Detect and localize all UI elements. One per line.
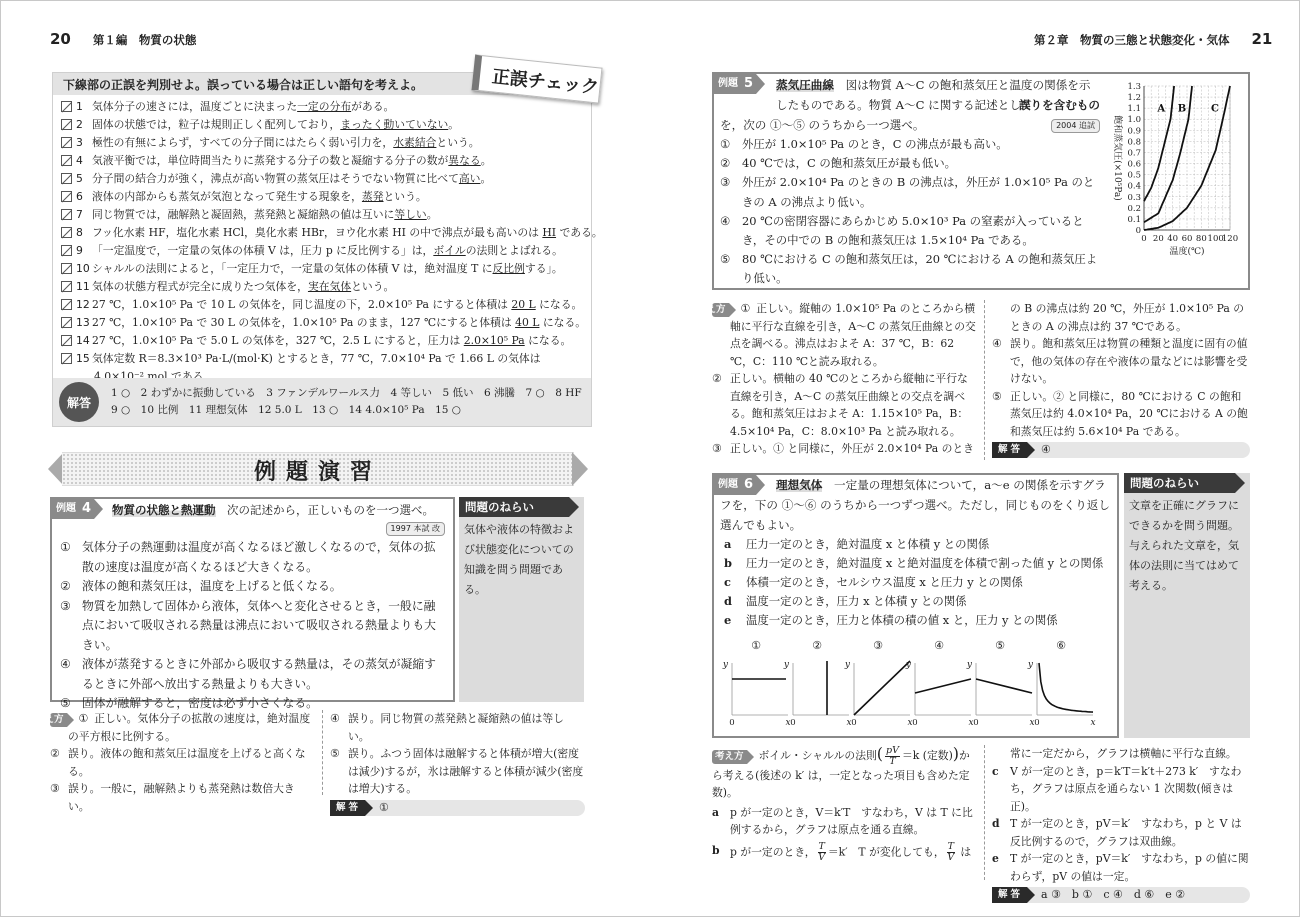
svg-text:1.3: 1.3 xyxy=(1127,82,1141,92)
svg-text:y: y xyxy=(722,660,729,670)
underlined-term: 蒸発 xyxy=(362,190,384,203)
example-6-title: 理想気体 xyxy=(776,478,822,492)
svg-text:y: y xyxy=(1027,660,1034,670)
example-4-choices: ①気体分子の熱運動は温度が高くなるほど激しくなるので，気体の拡散の速度は温度が高… xyxy=(52,538,453,714)
svg-text:0: 0 xyxy=(1136,226,1141,236)
svg-text:x: x xyxy=(1090,718,1095,728)
choice-item: ③物質を加熱して固体から液体，気体へと変化させるとき，一般に融点において吸収され… xyxy=(60,597,447,656)
check-item-text: 気体分子の速さには，温度ごとに決まった一定の分布がある。 xyxy=(92,98,394,116)
check-item-text: 極性の有無によらず，すべての分子間にはたらく弱い引力を，水素結合という。 xyxy=(92,134,480,152)
underlined-term: 40 L xyxy=(515,316,539,329)
svg-text:0.4: 0.4 xyxy=(1127,182,1141,192)
explanation-item: ④誤り。同じ物質の蒸発熱と凝縮熱の値は等しい。 xyxy=(330,710,585,745)
svg-text:0: 0 xyxy=(851,718,856,728)
example-6-answer-value: a ③ b ① c ④ d ⑥ e ② xyxy=(1041,886,1185,904)
svg-text:y: y xyxy=(844,660,851,670)
choice-item: ④20 ℃の密閉容器にあらかじめ 5.0×10³ Pa の窒素が入っているとき，… xyxy=(720,212,1100,250)
example-6-answer: 解答 a ③ b ① c ④ d ⑥ e ② xyxy=(992,887,1250,903)
example-6-explanation-cont: 常に一定だから，グラフは横軸に平行な直線。 xyxy=(992,745,1250,763)
choice-item: ②40 ℃では，C の飽和蒸気圧が最も低い。 xyxy=(720,154,1100,173)
example-6-aim-box: 問題のねらい 文章を正確にグラフにできるかを問う問題。与えられた文章を，気体の法… xyxy=(1124,473,1250,738)
check-item-text: 気液平衡では，単位時間当たりに蒸発する分子の数と凝縮する分子の数が異なる。 xyxy=(92,152,491,170)
left-page-header: 20 第１編 物質の状態 xyxy=(50,30,196,48)
svg-text:①: ① xyxy=(751,639,761,652)
aim-text: 文章を正確にグラフにできるかを問う問題。与えられた文章を，気体の法則に当てはめて… xyxy=(1124,493,1250,596)
underlined-term: HI xyxy=(542,226,556,239)
seigo-answer-bar: 解答 1 ○ 2 わずかに振動している 3 ファンデルワールス力 4 等しい 5… xyxy=(53,378,591,426)
checkbox-icon[interactable] xyxy=(61,245,72,256)
svg-text:0.8: 0.8 xyxy=(1127,137,1141,147)
example-5-box: 例題5 蒸気圧曲線 図は物質 A～C の飽和蒸気圧と温度の関係を示したものである… xyxy=(712,72,1250,290)
check-item: 15気体定数 R＝8.3×10³ Pa·L/(mol·K) とするとき，77 ℃… xyxy=(61,350,591,368)
check-item-text: 分子間の結合力が強く，沸点が高い物質の蒸気圧はそうでない物質に比べて高い。 xyxy=(92,170,491,188)
svg-text:②: ② xyxy=(812,639,822,652)
check-item: 7同じ物質では，融解熱と凝固熱，蒸発熱と凝縮熱の値は互いに等しい。 xyxy=(61,206,591,224)
explanation-item: cV が一定のとき，p＝k′T＝k′t＋273 k′ すなわち，グラフは原点を通… xyxy=(992,763,1250,816)
check-item: 1327 ℃，1.0×10⁵ Pa で 30 L の気体を，1.0×10⁵ Pa… xyxy=(61,314,591,332)
underlined-term: 等しい xyxy=(394,208,426,221)
check-item: 6液体の内部からも蒸気が気泡となって発生する現象を，蒸発という。 xyxy=(61,188,591,206)
checkbox-icon[interactable] xyxy=(61,335,72,346)
checkbox-icon[interactable] xyxy=(61,155,72,166)
explanation-item: ③誤り。一般に，融解熱よりも蒸発熱は数倍大きい。 xyxy=(50,780,315,815)
check-item-text: 「一定温度で，一定量の気体の体積 V は，圧力 p に反比例する」は，ボイルの法… xyxy=(92,242,563,260)
underlined-term: 実在気体 xyxy=(308,280,351,293)
check-item-text: 液体の内部からも蒸気が気泡となって発生する現象を，蒸発という。 xyxy=(92,188,427,206)
explanation-item: ⑤誤り。ふつう固体は融解すると体積が増大(密度は減少)するが，氷は融解すると体積… xyxy=(330,745,585,798)
check-item: 11気体の状態方程式が完全に成りたつ気体を，実在気体という。 xyxy=(61,278,591,296)
example-4-aim-box: 問題のねらい 気体や液体の特徴および状態変化についての知識を問う問題である。 xyxy=(459,497,584,702)
svg-text:20: 20 xyxy=(1153,234,1164,244)
svg-text:③: ③ xyxy=(873,639,883,652)
svg-text:40: 40 xyxy=(1167,234,1178,244)
page-number-right: 21 xyxy=(1252,30,1273,48)
example-5-answer: 解答 ④ xyxy=(992,442,1250,458)
svg-text:120: 120 xyxy=(1222,234,1238,244)
relation-item: c体積一定のとき，セルシウス温度 x と圧力 y との関係 xyxy=(724,573,1111,592)
svg-text:y: y xyxy=(966,660,973,670)
svg-text:0: 0 xyxy=(1034,718,1039,728)
check-item: 4気液平衡では，単位時間当たりに蒸発する分子の数と凝縮する分子の数が異なる。 xyxy=(61,152,591,170)
relation-item: e温度一定のとき，圧力と体積の積の値 x と，圧力 y との関係 xyxy=(724,611,1111,630)
svg-text:飽和蒸気圧(×10⁵Pa): 飽和蒸気圧(×10⁵Pa) xyxy=(1112,115,1124,201)
explanation-item: ②正しい。横軸の 40 ℃のところから縦軸に平行な直線を引き，A～C の蒸気圧曲… xyxy=(712,370,976,440)
kangaekata-tag: 考え方 xyxy=(712,303,729,317)
vapor-pressure-chart: 00.10.20.30.40.50.60.70.80.91.01.11.21.3… xyxy=(1102,76,1248,286)
checkbox-icon[interactable] xyxy=(61,353,72,364)
checkbox-icon[interactable] xyxy=(61,137,72,148)
svg-text:0.5: 0.5 xyxy=(1127,171,1141,181)
explanation-item: dT が一定のとき，pV＝k′ すなわち，p と V は反比例するので，グラフは… xyxy=(992,815,1250,850)
right-page-header: 第２章 物質の三態と状態変化・気体 21 xyxy=(1034,30,1272,48)
check-item-text: 27 ℃，1.0×10⁵ Pa で 30 L の気体を，1.0×10⁵ Pa の… xyxy=(92,314,586,332)
checkbox-icon[interactable] xyxy=(61,209,72,220)
choice-item: ④液体が蒸発するときに外部から吸収する熱量は，その蒸気が凝縮するときに外部へ放出… xyxy=(60,655,447,694)
page-number-left: 20 xyxy=(50,30,71,48)
svg-text:y: y xyxy=(905,660,912,670)
explanation-item: ③正しい。① と同様に，外圧が 2.0×10⁴ Pa のとき xyxy=(712,440,976,458)
checkbox-icon[interactable] xyxy=(61,281,72,292)
svg-text:60: 60 xyxy=(1182,234,1193,244)
example-5-explanation-cont: の B の沸点は約 20 ℃，外圧が 1.0×10⁵ Pa のときの A の沸点… xyxy=(992,300,1250,335)
checkbox-icon[interactable] xyxy=(61,101,72,112)
underlined-term: 高い xyxy=(459,172,481,185)
checkbox-icon[interactable] xyxy=(61,119,72,130)
section-title-right: 第２章 物質の三態と状態変化・気体 xyxy=(1034,32,1230,48)
example-4-box: 例題4 物質の状態と熱運動 次の記述から，正しいものを一つ選べ。 1997 本試… xyxy=(50,497,455,702)
svg-text:B: B xyxy=(1178,103,1186,114)
example-5-source-badge: 2004 追試 xyxy=(1051,119,1100,133)
checkbox-icon[interactable] xyxy=(61,173,72,184)
check-item-text: 固体の状態では，粒子は規則正しく配列しており，まったく動いていない。 xyxy=(92,116,459,134)
example-4-label: 例題4 xyxy=(52,499,94,519)
example-4-answer-value: ① xyxy=(379,799,389,817)
choice-item: ③外圧が 2.0×10⁴ Pa のときの B の沸点は，外圧が 1.0×10⁵ … xyxy=(720,173,1100,211)
underlined-term: ボイル xyxy=(433,244,465,257)
example-5-title: 蒸気圧曲線 xyxy=(776,78,834,92)
banner-title: 例題演習 xyxy=(48,455,588,486)
underlined-term: 20 L xyxy=(511,298,535,311)
svg-text:1.0: 1.0 xyxy=(1127,115,1141,125)
svg-text:0.1: 0.1 xyxy=(1127,215,1141,225)
svg-text:0.6: 0.6 xyxy=(1127,160,1141,170)
explanation-item: 考え方①正しい。気体分子の拡散の速度は，絶対温度の平方根に比例する。 xyxy=(50,710,315,745)
example-5-choices: ①外圧が 1.0×10⁵ Pa のとき，C の沸点が最も高い。②40 ℃では，C… xyxy=(720,135,1100,289)
aim-title: 問題のねらい xyxy=(1124,473,1235,493)
example-6-explanation-a: a p が一定のとき，V＝k′T すなわち，V は T に比例するから，グラフは… xyxy=(712,804,976,839)
checkbox-icon[interactable] xyxy=(61,227,72,238)
example-6-graphs: ①yx0②yx0③yx0④yx0⑤yx0⑥yx0 xyxy=(718,635,1114,735)
svg-text:1.2: 1.2 xyxy=(1127,93,1141,103)
example-6-explanation-b: b p が一定のとき，TV＝k′ T が変化しても，TV は xyxy=(712,842,976,863)
check-item: 8フッ化水素 HF，塩化水素 HCl，臭化水素 HBr，ヨウ化水素 HI の中で… xyxy=(61,224,591,242)
answer-line-1: 1 ○ 2 わずかに振動している 3 ファンデルワールス力 4 等しい 5 低い… xyxy=(111,385,582,402)
example-6-box: 例題6 理想気体 一定量の理想気体について，a～e の関係を示すグラフを，下の … xyxy=(712,473,1119,738)
checkbox-icon[interactable] xyxy=(61,191,72,202)
kangaekata-tag: 考え方 xyxy=(50,713,67,727)
reidai-enshu-banner: 例題演習 xyxy=(48,452,588,486)
underlined-term: 異なる xyxy=(448,154,480,167)
checkbox-icon[interactable] xyxy=(61,317,72,328)
section-title-left: 第１編 物質の状態 xyxy=(93,32,197,48)
kangaekata-tag: 考え方 xyxy=(712,750,747,764)
example-4-answer: 解答 ① xyxy=(330,800,585,816)
example-4-source-badge: 1997 本試 改 xyxy=(386,522,445,536)
example-5-explanation: 考え方①正しい。縦軸の 1.0×10⁵ Pa のところから横軸に平行な直線を引き… xyxy=(712,300,1252,460)
svg-text:0: 0 xyxy=(973,718,978,728)
check-item: 10シャルルの法則によると，「一定圧力で，一定量の気体の体積 V は，絶対温度 … xyxy=(61,260,591,278)
example-4-prompt: 次の記述から，正しいものを一つ選べ。 xyxy=(227,503,434,517)
svg-text:C: C xyxy=(1211,103,1219,114)
check-item-text: フッ化水素 HF，塩化水素 HCl，臭化水素 HBr，ヨウ化水素 HI の中で沸… xyxy=(92,224,603,242)
example-6-explanation: 考え方ボイル・シャルルの法則(pVT＝k (定数))から考える(後述の k′ は… xyxy=(712,745,1252,880)
choice-item: ②液体の飽和蒸気圧は，温度を上げると低くなる。 xyxy=(60,577,447,597)
check-item-text: 27 ℃，1.0×10⁵ Pa で 5.0 L の気体を，327 ℃，2.5 L… xyxy=(92,332,571,350)
svg-text:1.1: 1.1 xyxy=(1127,104,1141,114)
answer-badge: 解答 xyxy=(59,382,99,422)
answer-line-2: 9 ○ 10 比例 11 理想気体 12 5.0 L 13 ○ 14 4.0×1… xyxy=(111,402,582,419)
explanation-item: eT が一定のとき，pV＝k′ すなわち，p の値に関わらず，pV の値は一定。 xyxy=(992,850,1250,885)
seigo-check-list: 1気体分子の速さには，温度ごとに決まった一定の分布がある。2固体の状態では，粒子… xyxy=(53,95,591,386)
check-item-text: シャルルの法則によると，「一定圧力で，一定量の気体の体積 V は，絶対温度 T … xyxy=(92,260,563,278)
svg-text:0: 0 xyxy=(790,718,795,728)
example-5-emphasis: 誤りを含むもの xyxy=(1019,95,1100,115)
explanation-item: ④誤り。飽和蒸気圧は物質の種類と温度に固有の値で，他の気体の存在や液体の量などに… xyxy=(992,335,1250,388)
check-item: 2固体の状態では，粒子は規則正しく配列しており，まったく動いていない。 xyxy=(61,116,591,134)
check-item: 9「一定温度で，一定量の気体の体積 V は，圧力 p に反比例する」は，ボイルの… xyxy=(61,242,591,260)
svg-text:⑥: ⑥ xyxy=(1056,639,1066,652)
aim-title: 問題のねらい xyxy=(459,497,569,517)
check-item: 1気体分子の速さには，温度ごとに決まった一定の分布がある。 xyxy=(61,98,591,116)
check-item-text: 気体定数 R＝8.3×10³ Pa·L/(mol·K) とするとき，77 ℃，7… xyxy=(92,350,541,368)
example-4-title: 物質の状態と熱運動 xyxy=(112,503,216,517)
svg-text:0.9: 0.9 xyxy=(1127,126,1141,136)
check-item-text: 同じ物質では，融解熱と凝固熱，蒸発熱と凝縮熱の値は互いに等しい。 xyxy=(92,206,438,224)
svg-text:0.7: 0.7 xyxy=(1127,148,1141,158)
choice-item: ⑤80 ℃における C の飽和蒸気圧は，20 ℃における A の飽和蒸気圧より低… xyxy=(720,250,1100,288)
check-item: 3極性の有無によらず，すべての分子間にはたらく弱い引力を，水素結合という。 xyxy=(61,134,591,152)
check-item: 1427 ℃，1.0×10⁵ Pa で 5.0 L の気体を，327 ℃，2.5… xyxy=(61,332,591,350)
svg-text:0.3: 0.3 xyxy=(1127,193,1141,203)
svg-text:A: A xyxy=(1156,103,1165,114)
check-item-text: 27 ℃，1.0×10⁵ Pa で 10 L の気体を，同じ温度の下，2.0×1… xyxy=(92,296,582,314)
svg-text:0: 0 xyxy=(912,718,917,728)
relation-item: a圧力一定のとき，絶対温度 x と体積 y との関係 xyxy=(724,535,1111,554)
relation-item: b圧力一定のとき，絶対温度 x と絶対温度を体積で割った値 y との関係 xyxy=(724,554,1111,573)
explanation-item: ②誤り。液体の飽和蒸気圧は温度を上げると高くなる。 xyxy=(50,745,315,780)
relation-item: d温度一定のとき，圧力 x と体積 y との関係 xyxy=(724,592,1111,611)
svg-text:80: 80 xyxy=(1196,234,1207,244)
svg-text:0.2: 0.2 xyxy=(1127,204,1141,214)
aim-text: 気体や液体の特徴および状態変化についての知識を問う問題である。 xyxy=(459,517,584,600)
explanation-item: 考え方①正しい。縦軸の 1.0×10⁵ Pa のところから横軸に平行な直線を引き… xyxy=(712,300,976,370)
checkbox-icon[interactable] xyxy=(61,299,72,310)
underlined-term: 水素結合 xyxy=(393,136,436,149)
underlined-term: 2.0×10⁵ Pa xyxy=(464,334,525,347)
choice-item: ①外圧が 1.0×10⁵ Pa のとき，C の沸点が最も高い。 xyxy=(720,135,1100,154)
svg-text:y: y xyxy=(783,660,790,670)
svg-text:⑤: ⑤ xyxy=(995,639,1005,652)
checkbox-icon[interactable] xyxy=(61,263,72,274)
explanation-item: ⑤正しい。② と同様に，80 ℃における C の飽和蒸気圧は約 4.0×10⁴ … xyxy=(992,388,1250,441)
seigo-check-box: 正誤チェック 下線部の正誤を判別せよ。誤っている場合は正しい語句を考えよ。 1気… xyxy=(52,72,592,427)
example-5-answer-value: ④ xyxy=(1041,441,1051,459)
svg-text:0: 0 xyxy=(1141,234,1146,244)
underlined-term: 反比例 xyxy=(493,262,525,275)
svg-text:温度(℃): 温度(℃) xyxy=(1169,245,1204,257)
underlined-term: 一定の分布 xyxy=(297,100,351,113)
svg-text:0: 0 xyxy=(729,718,734,728)
example-4-explanation: 考え方①正しい。気体分子の拡散の速度は，絶対温度の平方根に比例する。②誤り。液体… xyxy=(50,710,585,795)
choice-item: ①気体分子の熱運動は温度が高くなるほど激しくなるので，気体の拡散の速度は温度が高… xyxy=(60,538,447,577)
svg-text:④: ④ xyxy=(934,639,944,652)
check-item: 1227 ℃，1.0×10⁵ Pa で 10 L の気体を，同じ温度の下，2.0… xyxy=(61,296,591,314)
check-item: 5分子間の結合力が強く，沸点が高い物質の蒸気圧はそうでない物質に比べて高い。 xyxy=(61,170,591,188)
underlined-term: まったく動いていない xyxy=(340,118,448,131)
example-6-label: 例題6 xyxy=(714,475,756,495)
check-item-text: 気体の状態方程式が完全に成りたつ気体を，実在気体という。 xyxy=(92,278,394,296)
example-6-items: a圧力一定のとき，絶対温度 x と体積 y との関係b圧力一定のとき，絶対温度 … xyxy=(714,535,1117,630)
